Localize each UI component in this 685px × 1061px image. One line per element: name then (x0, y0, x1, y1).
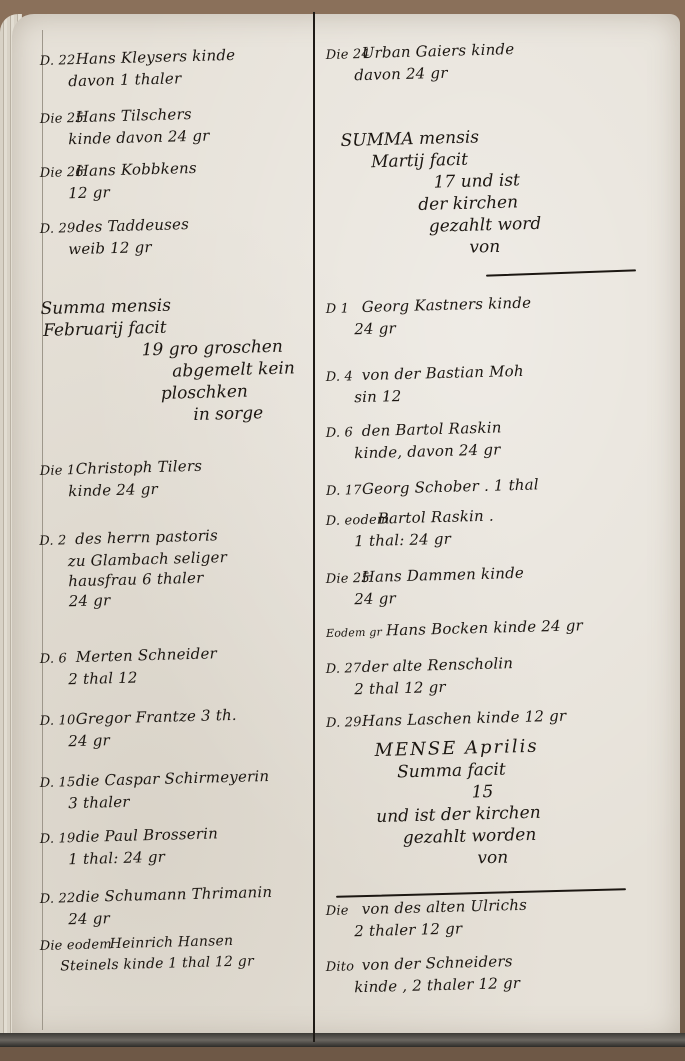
ledger-entry: Dievon des alten Ulrichs 2 thaler 12 gr (325, 895, 527, 942)
entry-text: von der Schneiders (361, 952, 512, 974)
entry-text: Hans Bocken kinde 24 gr (386, 616, 583, 639)
entry-amount: weib 12 gr (40, 236, 190, 260)
entry-amount: 12 gr (40, 180, 198, 204)
entry-date: D. 6 (326, 423, 363, 444)
ledger-entry: D. 27der alte Renscholin 2 thal 12 gr (325, 653, 514, 700)
entry-text: Heinrich Hansen (109, 933, 233, 952)
entry-date: D. 19 (40, 829, 77, 850)
book-binding (0, 1033, 685, 1047)
entry-text: Hans Tilschers (75, 105, 191, 126)
entry-date: D. 29 (326, 713, 363, 734)
entry-amount: kinde 24 gr (40, 478, 203, 502)
entry-text: Hans Kobbkens (75, 159, 197, 180)
entry-date: D. 15 (40, 773, 77, 794)
entry-text: Christoph Tilers (75, 457, 202, 478)
ledger-entry: D. 4von der Bastian Moh sin 12 (325, 361, 524, 408)
entry-date: D. 29 (40, 219, 77, 240)
entry-date: D. 22 (40, 51, 77, 72)
entry-date: Die 25 (40, 109, 77, 130)
ledger-entry: Die 24Urban Gaiers kinde davon 24 gr (325, 39, 515, 86)
entry-text: Urban Gaiers kinde (361, 40, 514, 62)
month-summary-march: SUMMA mensis Martij facit 17 und ist der… (340, 125, 542, 262)
ledger-entry: D. 2des herrn pastoris zu Glambach selig… (39, 525, 228, 612)
entry-text: des Taddeuses (75, 215, 189, 236)
summary-line: MENSE Aprilis (374, 736, 539, 762)
ledger-entry: D. 10Gregor Frantze 3 th. 24 gr (39, 705, 237, 752)
summary-line: gezahlt worden (377, 824, 542, 850)
entry-date: D 1 (326, 299, 363, 320)
entry-text: die Schumann Thrimanin (75, 883, 272, 906)
entry-text: der alte Renscholin (361, 654, 513, 676)
entry-date: D. 27 (326, 659, 363, 680)
month-summary-february: Summa mensis Februarij facit 19 gro gros… (40, 291, 296, 430)
entry-date: D. 6 (40, 649, 77, 670)
entry-text: von der Bastian Moh (361, 362, 523, 384)
entry-text: Hans Laschen kinde 12 gr (362, 707, 567, 730)
ledger-entry: Ditovon der Schneiders kinde , 2 thaler … (325, 951, 520, 998)
entry-date: D. 2 (39, 531, 76, 552)
entry-date: Die 24 (326, 45, 363, 66)
entry-text: Georg Kastners kinde (361, 294, 531, 316)
ledger-entry: Die 25Hans Tilschers kinde davon 24 gr (39, 104, 209, 150)
entry-text: des herrn pastoris (75, 526, 218, 548)
entry-text: den Bartol Raskin (361, 418, 501, 440)
ledger-entry: D. 19die Paul Brosserin 1 thal: 24 gr (39, 823, 218, 870)
month-summary-april: MENSE Aprilis Summa facit 15 und ist der… (374, 736, 542, 872)
ledger-entry: Die 25Hans Dammen kinde 24 gr (325, 563, 524, 610)
entry-date: D. 17 (326, 481, 363, 502)
column-divider-rule (313, 12, 315, 1042)
entry-date: Dito (326, 957, 363, 978)
entry-date: D. 4 (326, 367, 363, 388)
entry-date: Eodem gr (326, 622, 387, 644)
ledger-entry: D 1Georg Kastners kinde 24 gr (325, 293, 532, 340)
entry-text: Hans Dammen kinde (361, 564, 524, 586)
entry-date: Die 1 (40, 461, 77, 482)
ledger-entry: D. 15die Caspar Schirmeyerin 3 thaler (39, 766, 270, 814)
entry-date: D. 22 (40, 889, 77, 910)
summary-line: von (377, 846, 542, 872)
ledger-entry: Die 1Christoph Tilers kinde 24 gr (39, 456, 202, 502)
entry-date: D. eodem (326, 511, 379, 532)
entry-date: Die 26 (40, 163, 77, 184)
entry-text: die Paul Brosserin (75, 824, 218, 846)
ledger-entry: D. 22die Schumann Thrimanin 24 gr (39, 882, 273, 930)
ledger-entry: D. 6Merten Schneider 2 thal 12 (39, 643, 217, 690)
entry-text: Gregor Frantze 3 th. (75, 706, 237, 728)
entry-date: Die eodem (39, 935, 109, 957)
ledger-entry: Die 26Hans Kobbkens 12 gr (39, 158, 197, 204)
entry-date: Die (326, 901, 363, 922)
entry-text: Merten Schneider (75, 644, 217, 666)
entry-text: Hans Kleysers kinde (75, 46, 235, 68)
ledger-entry: D. 22Hans Kleysers kinde davon 1 thaler (39, 45, 236, 92)
ledger-entry: Die eodemHeinrich Hansen Steinels kinde … (39, 930, 254, 977)
ledger-entry: D. eodemBartol Raskin . 1 thal: 24 gr (325, 506, 494, 552)
ledger-entry: D. 6den Bartol Raskin kinde, davon 24 gr (325, 417, 502, 464)
ledger-entry: D. 29des Taddeuses weib 12 gr (39, 214, 189, 260)
entry-text: Bartol Raskin . (377, 507, 494, 528)
entry-text: die Caspar Schirmeyerin (75, 767, 269, 790)
entry-date: Die 25 (326, 569, 363, 590)
entry-text: von des alten Ulrichs (361, 896, 527, 918)
entry-date: D. 10 (40, 711, 77, 732)
entry-text: Georg Schober . 1 thal (362, 475, 539, 498)
